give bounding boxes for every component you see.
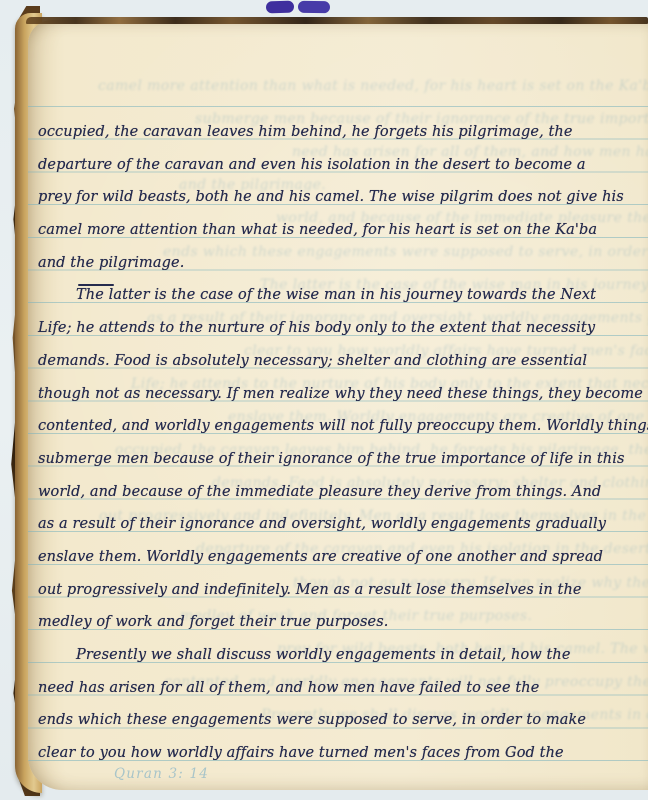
handwritten-line: demands. Food is absolutely necessary; s… xyxy=(38,345,644,378)
handwritten-line: and the pilgrimage. xyxy=(38,247,644,280)
handwritten-line: need has arisen for all of them, and how… xyxy=(38,672,644,705)
scanned-notebook-page: camel more attention than what is needed… xyxy=(0,0,648,800)
handwritten-line: ends which these engagements were suppos… xyxy=(38,704,644,737)
handwritten-line: contented, and worldly engagements will … xyxy=(38,410,644,443)
purple-ink-mark xyxy=(266,1,294,14)
handwritten-line: as a result of their ignorance and overs… xyxy=(38,508,644,541)
handwritten-line: The latter is the case of the wise man i… xyxy=(38,279,644,312)
handwritten-line: enslave them. Worldly engagements are cr… xyxy=(38,541,644,574)
handwritten-line: clear to you how worldly affairs have tu… xyxy=(38,737,644,770)
handwritten-line: world, and because of the immediate plea… xyxy=(38,476,644,509)
handwritten-line: camel more attention than what is needed… xyxy=(38,214,644,247)
handwritten-line: departure of the caravan and even his is… xyxy=(38,149,644,182)
bleedthrough-fragment: camel more attention than what is needed… xyxy=(98,78,648,94)
bleedthrough-quran-reference: Quran 3: 14 xyxy=(114,766,209,782)
handwritten-text: occupied, the caravan leaves him behind,… xyxy=(38,116,644,770)
handwritten-line: submerge men because of their ignorance … xyxy=(38,443,644,476)
handwritten-line: medley of work and forget their true pur… xyxy=(38,606,644,639)
purple-ink-mark xyxy=(298,1,330,14)
notebook-page: camel more attention than what is needed… xyxy=(28,20,648,790)
handwritten-line: occupied, the caravan leaves him behind,… xyxy=(38,116,644,149)
handwritten-line: Life; he attends to the nurture of his b… xyxy=(38,312,644,345)
handwritten-line: out progressively and indefinitely. Men … xyxy=(38,574,644,607)
handwritten-line: though not as necessary. If men realize … xyxy=(38,378,644,411)
handwritten-line: Presently we shall discuss worldly engag… xyxy=(38,639,644,672)
handwritten-line: prey for wild beasts, both he and his ca… xyxy=(38,181,644,214)
page-top-worn-edge xyxy=(26,17,648,24)
